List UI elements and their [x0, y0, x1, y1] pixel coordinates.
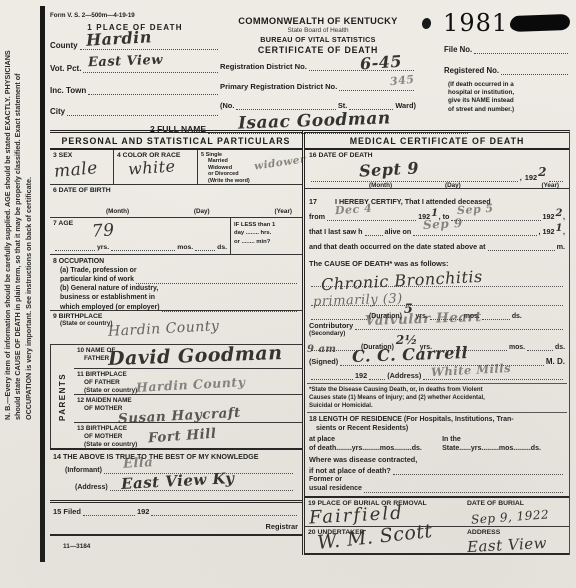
race-label: 4 COLOR OR RACE	[117, 152, 194, 159]
comma: ,	[563, 227, 565, 236]
from-label: from	[309, 212, 325, 221]
dotted-leader: C. C. Carrell	[340, 358, 544, 366]
undertaker-label: 20 UNDERTAKER	[308, 529, 462, 536]
dotted-leader	[474, 46, 568, 54]
date-of-burial-cell: DATE OF BURIAL Sep 9, 1922	[465, 498, 569, 526]
father-name-label2: FATHER	[84, 355, 299, 363]
sex-race-marital-row: 3 SEX male 4 COLOR OR RACE white 5 Singl…	[50, 150, 302, 185]
dotted-leader: Sep 5	[451, 213, 540, 221]
dotted-leader	[88, 87, 218, 95]
dotted-leader: Sept 9	[311, 174, 518, 182]
father-name-row: 10 NAME OF FATHER David Goodman	[74, 345, 302, 369]
dotted-leader: White Mills	[423, 372, 563, 380]
yrs-label: yrs.	[420, 344, 432, 351]
m-label: m.	[557, 242, 565, 251]
occupation-a-text: particular kind of work	[60, 275, 134, 284]
residence-label-line1: 18 LENGTH OF RESIDENCE (For Hospitals, I…	[309, 415, 565, 424]
file-no-label: File No.	[444, 45, 472, 54]
county-field: County Hardin	[50, 41, 220, 50]
occupation-label: 8 OCCUPATION	[53, 257, 299, 266]
birthplace-label: 9 BIRTHPLACE	[53, 313, 299, 320]
year-printed: 192	[543, 212, 555, 221]
year-printed: 192	[543, 227, 555, 236]
age-units-line: yrs. mos. ds.	[53, 243, 227, 251]
contributory-label: Contributory	[309, 321, 353, 330]
undertaker-row: 20 UNDERTAKER W. M. Scott ADDRESS East V…	[305, 527, 569, 555]
month-day-year-sublabels: (Month) (Day) (Year)	[309, 182, 565, 192]
certify-line-2: from Dec 4 192 1 , to Sep 5 192 2 ,	[309, 209, 565, 221]
dotted-leader	[104, 466, 293, 474]
cause-handwriting-2: primarily (3)	[313, 291, 403, 309]
personal-particulars-column: PERSONAL AND STATISTICAL PARTICULARS 3 S…	[50, 130, 302, 550]
informant-label: (Informant)	[65, 467, 102, 474]
item-17-number: 17	[309, 197, 317, 206]
sex-handwriting: male	[53, 158, 98, 182]
marital-cell: 5 Single Married Widowed or Divorced (Wr…	[198, 150, 302, 184]
to-label: , to	[439, 212, 450, 221]
dotted-leader	[311, 312, 367, 320]
ward-label: Ward)	[395, 101, 416, 110]
dotted-leader	[488, 243, 555, 251]
race-cell: 4 COLOR OR RACE white	[114, 150, 198, 184]
comma: ,	[520, 173, 522, 182]
duration-line-1: (Duration) 5 yrs. mos. ds.	[309, 308, 565, 320]
date-of-burial-handwriting: Sep 9, 1922	[471, 508, 550, 527]
physician-address-label: (Address)	[387, 371, 421, 380]
certify-line-1: 17 I HEREBY CERTIFY, That I attended dec…	[309, 194, 565, 206]
age-row: 7 AGE 79 yrs. mos. ds. IF LESS than 1 da…	[50, 218, 302, 255]
if-less-line: or ........ min?	[234, 238, 299, 246]
former-residence-line1: Former or	[309, 475, 565, 484]
at-place-line1: at place	[309, 435, 442, 444]
state-country-label: (State or country)	[60, 320, 299, 327]
dotted-leader	[111, 243, 175, 251]
cause-line-1: Chronic Bronchitis	[311, 268, 563, 287]
ds-label: ds.	[217, 244, 227, 251]
form-header: Form V. S. 2—500m—4-19-19 1 PLACE OF DEA…	[50, 6, 570, 116]
stamp-row: 1981	[418, 8, 570, 38]
date-of-death-label: 16 DATE OF DEATH	[309, 152, 565, 159]
comma: ,	[539, 227, 541, 236]
mos-label: mos.	[177, 244, 193, 251]
dotted-leader	[482, 312, 510, 320]
physician-address-block: 192 (Address) White Mills	[305, 366, 569, 380]
death-occurred-text: and that death occurred on the date stat…	[309, 242, 486, 251]
certificate-title: CERTIFICATE OF DEATH	[220, 45, 416, 55]
mother-name-row: 12 MAIDEN NAME OF MOTHER Susan Haycraft	[74, 395, 302, 423]
duration-label: (Duration)	[369, 313, 402, 320]
cause-of-death-block: Chronic Bronchitis primarily (3) (Durati…	[305, 268, 569, 320]
signed-year-printed: 192	[355, 371, 367, 380]
redaction-blob	[509, 14, 571, 32]
father-birthplace-label2: OF FATHER	[84, 379, 299, 387]
county-label: County	[50, 41, 78, 50]
place-of-death-block: Form V. S. 2—500m—4-19-19 1 PLACE OF DEA…	[50, 6, 220, 116]
dotted-leader	[369, 372, 385, 380]
footnote-line: Causes state (1) Means of Injury; and (2…	[309, 394, 565, 402]
undertaker-address-cell: ADDRESS East View	[465, 527, 569, 553]
file-number-block: 1981 File No. Registered No. (If death o…	[416, 6, 570, 116]
race-handwriting: white	[127, 156, 176, 178]
hospital-note-line: give its NAME instead	[448, 97, 568, 105]
filed-label: 15 Filed	[53, 507, 81, 516]
length-of-residence-block: 18 LENGTH OF RESIDENCE (For Hospitals, I…	[305, 413, 569, 499]
mos-label: mos.	[464, 313, 480, 320]
disease-contracted-text: if not at place of death?	[309, 466, 391, 475]
state-board-subtitle: State Board of Health	[220, 27, 416, 34]
street-ward-field: (No. St. Ward)	[220, 101, 416, 110]
duration-line-2: (Duration) 2½ yrs. mos. ds.	[309, 339, 565, 351]
age-label: 7 AGE	[53, 220, 227, 227]
duration-label: (Duration)	[361, 344, 394, 351]
physician-address-field: 192 (Address) White Mills	[309, 366, 565, 380]
signed-block: 9 am (Signed) C. C. Carrell M. D.	[305, 351, 569, 366]
bureau-subtitle: BUREAU OF VITAL STATISTICS	[220, 35, 416, 44]
marital-line: (Write the word)	[208, 178, 299, 184]
filed-row: 15 Filed 192 Registrar	[50, 503, 302, 536]
filed-year-printed: 192	[137, 507, 150, 516]
city-field: City	[50, 107, 220, 116]
dotted-leader	[364, 485, 563, 493]
occupation-a-line2: particular kind of work	[60, 275, 299, 284]
date-of-birth-row: 6 DATE OF BIRTH (Month) (Day) (Year)	[50, 185, 302, 218]
hospital-note-line: (If death occurred in a	[448, 81, 568, 89]
in-state-line2: State......yrs.........mos.........ds.	[442, 444, 565, 453]
cause-footnote: *State the Disease Causing Death, or, in…	[307, 383, 567, 413]
dotted-leader	[430, 312, 462, 320]
vot-pct-field: Vot. Pct. East View	[50, 64, 220, 73]
death-year-handwriting: 2	[538, 165, 547, 179]
year-printed: 192	[418, 212, 430, 221]
secondary-label: (Secondary)	[309, 330, 565, 337]
footnote-line: *State the Disease Causing Death, or, in…	[309, 386, 565, 394]
date-of-death-handwriting: Sept 9	[359, 158, 420, 180]
dotted-leader	[67, 108, 218, 116]
dotted-leader	[80, 42, 218, 50]
registered-no-label: Registered No.	[444, 66, 499, 75]
hospital-note-line: of street and number.)	[448, 106, 568, 114]
dotted-leader	[311, 372, 353, 380]
cause-of-death-label: The CAUSE OF DEATH* was as follows:	[309, 259, 448, 268]
mother-birthplace-row: 13 BIRTHPLACE OF MOTHER (State or countr…	[74, 423, 302, 448]
if-less-than-day-box: IF LESS than 1 day ........ hrs. or ....…	[230, 218, 302, 254]
medical-certificate-column: MEDICAL CERTIFICATE OF DEATH 16 DATE OF …	[302, 130, 570, 555]
dotted-leader	[365, 228, 383, 236]
dotted-leader	[151, 508, 297, 516]
date-of-burial-label: DATE OF BURIAL	[467, 500, 567, 507]
disease-contracted-line1: Where was disease contracted,	[309, 455, 565, 464]
if-less-line: day ........ hrs.	[234, 229, 299, 237]
mos-label: mos.	[509, 344, 525, 351]
registrar-label: Registrar	[266, 522, 298, 531]
day-label: (Day)	[445, 182, 461, 189]
to-year-handwriting: 2	[556, 208, 563, 219]
father-birthplace-label3: (State or country)	[84, 387, 299, 395]
dotted-leader	[434, 343, 507, 351]
month-label: (Month)	[106, 208, 129, 215]
dotted-leader	[311, 343, 359, 351]
parents-vertical-label: PARENTS	[50, 345, 74, 448]
last-saw-text-2: alive on	[385, 227, 412, 236]
in-state-column: In the State......yrs.........mos.......…	[442, 435, 565, 453]
vot-pct-label: Vot. Pct.	[50, 64, 81, 73]
hospital-note: (If death occurred in a hospital or inst…	[448, 81, 568, 114]
age-cell: 7 AGE 79 yrs. mos. ds.	[50, 218, 230, 254]
primary-registration-field: Primary Registration District No. 345	[220, 82, 416, 91]
inc-town-field: Inc. Town	[50, 86, 220, 95]
contributory-block: Contributory Valvular Heart (Secondary) …	[305, 320, 569, 351]
certify-line-4: and that death occurred on the date stat…	[309, 239, 565, 251]
dotted-leader	[309, 63, 414, 71]
form-code: 11—3184	[63, 543, 302, 550]
file-no-field: File No.	[444, 45, 570, 54]
father-name-label: 10 NAME OF	[77, 347, 299, 355]
cause-of-death-heading: The CAUSE OF DEATH* was as follows:	[309, 256, 565, 268]
dotted-leader	[83, 508, 135, 516]
filed-field: 15 Filed 192	[53, 507, 299, 516]
registration-district-label: Registration District No.	[220, 62, 307, 71]
dotted-leader	[339, 83, 414, 91]
mother-name-label: 12 MAIDEN NAME	[77, 397, 299, 405]
last-saw-text-1: that I last saw h	[309, 227, 363, 236]
no-label: (No.	[220, 101, 234, 110]
at-place-column: at place of death........yrs.........mos…	[309, 435, 442, 453]
informant-address-label: (Address)	[75, 484, 108, 491]
city-label: City	[50, 107, 65, 116]
date-of-birth-label: 6 DATE OF BIRTH	[53, 187, 299, 194]
title-block: COMMONWEALTH OF KENTUCKY State Board of …	[220, 6, 416, 116]
month-label: (Month)	[369, 182, 392, 189]
certify-block: 17 I HEREBY CERTIFY, That I attended dec…	[305, 189, 569, 268]
from-year-handwriting: 1	[431, 208, 438, 219]
undertaker-cell: 20 UNDERTAKER W. M. Scott	[305, 527, 465, 553]
contributory-field: Contributory Valvular Heart	[309, 321, 565, 330]
former-residence-line2: usual residence	[309, 484, 565, 493]
dotted-leader	[55, 243, 95, 251]
dotted-leader	[236, 102, 336, 110]
occupation-b-line2: business or establishment in	[60, 293, 299, 302]
signed-field: (Signed) C. C. Carrell M. D.	[309, 351, 565, 366]
dotted-leader: Sep 9	[413, 228, 536, 236]
primary-registration-label: Primary Registration District No.	[220, 82, 337, 91]
ds-label: ds.	[512, 313, 522, 320]
commonwealth-title: COMMONWEALTH OF KENTUCKY	[220, 16, 416, 26]
dotted-leader	[501, 67, 568, 75]
footnote-line: Suicidal or Homicidal.	[309, 402, 565, 410]
signed-label: (Signed)	[309, 357, 338, 366]
attestation-line: 14 THE ABOVE IS TRUE TO THE BEST OF MY K…	[53, 452, 299, 461]
dotted-leader	[110, 483, 293, 491]
residence-label-line2: sients or Recent Residents)	[316, 424, 565, 433]
year-printed: 192	[525, 173, 537, 182]
date-of-death-row: 16 DATE OF DEATH Sept 9 , 192 2 (Month) …	[305, 150, 569, 189]
comma: ,	[563, 212, 565, 221]
undertaker-address-label: ADDRESS	[467, 529, 567, 536]
md-label: M. D.	[546, 357, 565, 366]
year-label: (Year)	[274, 208, 292, 215]
informant-field: (Informant) Ella	[65, 466, 295, 474]
at-place-line2: of death........yrs.........mos.........…	[309, 444, 442, 453]
informant-block: 14 THE ABOVE IS TRUE TO THE BEST OF MY K…	[50, 450, 302, 503]
mother-name-label2: OF MOTHER	[84, 405, 299, 413]
dotted-leader	[393, 467, 563, 475]
registration-district-field: Registration District No. 6-45	[220, 62, 416, 71]
sex-cell: 3 SEX male	[50, 150, 114, 184]
occupation-row: 8 OCCUPATION (a) Trade, profession or pa…	[50, 255, 302, 311]
sex-label: 3 SEX	[53, 152, 110, 159]
yrs-label: yrs.	[415, 313, 427, 320]
dotted-leader	[83, 65, 218, 73]
scan-edge-bar	[40, 6, 45, 562]
place-of-burial-label: 19 PLACE OF BURIAL OR REMOVAL	[308, 500, 462, 507]
death-certificate-scan: N. B.—Every item of information should b…	[0, 0, 576, 588]
dotted-leader	[527, 343, 553, 351]
dotted-leader	[195, 243, 215, 251]
mother-birthplace-label: 13 BIRTHPLACE	[77, 425, 299, 433]
residence-duration-columns: at place of death........yrs.........mos…	[309, 435, 565, 453]
last-saw-year-handwriting: 1	[556, 223, 563, 234]
month-day-year-labels: (Month) (Day) (Year)	[106, 208, 292, 215]
hospital-note-line: hospital or institution,	[448, 89, 568, 97]
certificate-number-stamp: 1981	[443, 9, 508, 37]
yrs-label: yrs.	[97, 244, 109, 251]
certify-line-3: that I last saw h alive on Sep 9 , 192 1…	[309, 224, 565, 236]
registered-no-field: Registered No.	[444, 66, 570, 75]
mother-birthplace-label3: (State or country)	[84, 441, 299, 449]
certificate-form: Form V. S. 2—500m—4-19-19 1 PLACE OF DEA…	[50, 6, 570, 134]
mother-birthplace-label2: OF MOTHER	[84, 433, 299, 441]
dotted-leader: Dec 4	[327, 213, 416, 221]
birthplace-row: 9 BIRTHPLACE (State or country) Hardin C…	[50, 311, 302, 345]
dotted-leader	[549, 174, 563, 182]
disease-contracted-line2: if not at place of death?	[309, 466, 565, 475]
dotted-leader	[136, 276, 297, 284]
date-of-death-line: Sept 9 , 192 2	[309, 168, 565, 182]
medical-section-title: MEDICAL CERTIFICATE OF DEATH	[305, 133, 569, 150]
ink-dot-mark	[421, 17, 432, 30]
father-birthplace-row: 11 BIRTHPLACE OF FATHER (State or countr…	[74, 369, 302, 395]
cause-line-2: primarily (3)	[311, 287, 563, 306]
form-number: Form V. S. 2—500m—4-19-19	[50, 12, 220, 19]
occupation-a-line1: (a) Trade, profession or	[60, 266, 299, 275]
former-residence-text: usual residence	[309, 484, 362, 493]
father-birthplace-label: 11 BIRTHPLACE	[77, 371, 299, 379]
occupation-b-line1: (b) General nature of industry,	[60, 284, 299, 293]
undertaker-address-handwriting: East View	[467, 534, 548, 556]
inc-town-label: Inc. Town	[50, 86, 86, 95]
burial-row: 19 PLACE OF BURIAL OR REMOVAL Fairfield …	[305, 498, 569, 527]
if-less-line: IF LESS than 1	[234, 221, 299, 229]
year-label: (Year)	[541, 182, 559, 189]
dotted-leader: Valvular Heart	[355, 322, 563, 330]
st-label: St.	[338, 101, 347, 110]
certify-text: I HEREBY CERTIFY, That I attended deceas…	[335, 197, 491, 206]
place-of-burial-cell: 19 PLACE OF BURIAL OR REMOVAL Fairfield	[305, 498, 465, 526]
day-label: (Day)	[194, 208, 210, 215]
parents-rows: 10 NAME OF FATHER David Goodman 11 BIRTH…	[74, 345, 302, 448]
in-state-line1: In the	[442, 435, 565, 444]
dotted-leader	[349, 102, 393, 110]
certificate-columns: PERSONAL AND STATISTICAL PARTICULARS 3 S…	[50, 130, 570, 555]
parents-block: PARENTS 10 NAME OF FATHER David Goodman …	[50, 345, 302, 450]
personal-section-title: PERSONAL AND STATISTICAL PARTICULARS	[50, 133, 302, 150]
ds-label: ds.	[555, 344, 565, 351]
margin-instructions-note: N. B.—Every item of information should b…	[3, 28, 34, 420]
place-of-death-heading: 1 PLACE OF DEATH	[50, 23, 220, 32]
informant-address-field: (Address) East View Ky	[75, 483, 295, 491]
